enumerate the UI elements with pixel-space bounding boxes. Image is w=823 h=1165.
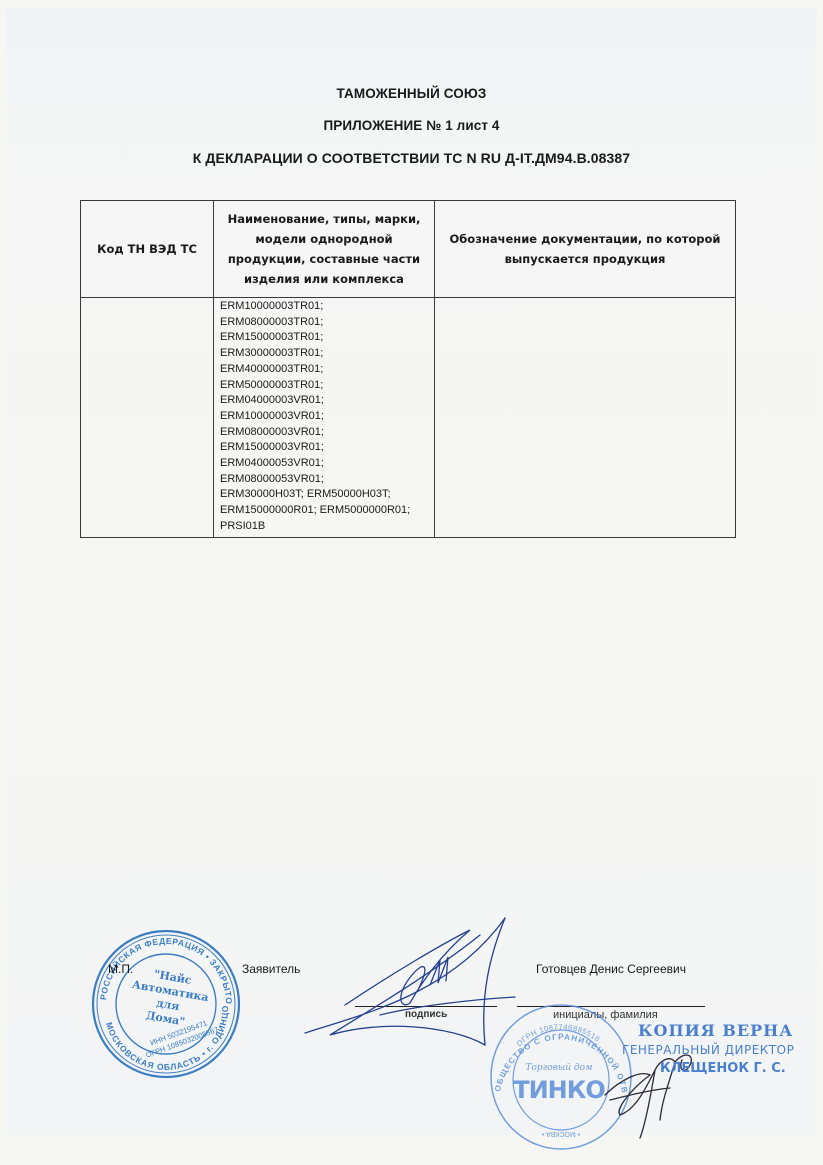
model-entry: ERM15000003TR01; [220, 330, 430, 346]
svg-text:• МОСКВА •: • МОСКВА • [541, 1130, 580, 1137]
table-row: ERM10000003TR01;ERM08000003TR01;ERM15000… [81, 298, 736, 538]
appendix-title: ПРИЛОЖЕНИЕ № 1 лист 4 [0, 118, 823, 133]
column-header-code: Код ТН ВЭД ТС [81, 201, 214, 298]
director-name-stamp: КЛЕЩЕНОК Г. С. [660, 1061, 786, 1076]
column-header-products: Наименование, типы, марки, модели одноро… [214, 201, 435, 298]
model-entry: ERM40000003TR01; [220, 362, 430, 378]
cell-code [81, 298, 214, 538]
model-entry: ERM04000053VR01; [220, 456, 430, 472]
model-entry: ERM15000003VR01; [220, 440, 430, 456]
table-header-row: Код ТН ВЭД ТС Наименование, типы, марки,… [81, 201, 736, 298]
column-header-documentation: Обозначение документации, по которой вып… [435, 201, 736, 298]
model-entry: ERM08000003TR01; [220, 315, 430, 331]
model-entry: ERM08000003VR01; [220, 425, 430, 441]
model-entry: PRSI01B [220, 519, 430, 535]
applicant-label: Заявитель [242, 962, 300, 976]
copy-true-stamp: КОПИЯ ВЕРНА [638, 1021, 793, 1040]
union-title: ТАМОЖЕННЫЙ СОЮЗ [0, 86, 823, 101]
declaration-title: К ДЕКЛАРАЦИИ О СООТВЕТСТВИИ ТС N RU Д-IT… [0, 150, 823, 166]
svg-text:ТИНКО: ТИНКО [513, 1076, 605, 1104]
director-position-stamp: ГЕНЕРАЛЬНЫЙ ДИРЕКТОР [622, 1043, 794, 1057]
cell-documentation [435, 298, 736, 538]
svg-text:Дома": Дома" [145, 1009, 186, 1029]
model-entry: ERM15000000R01; ERM5000000R01; [220, 503, 430, 519]
signer-name: Готовцев Денис Сергеевич [517, 962, 705, 977]
company-seal-stamp-icon: РОССИЙСКАЯ ФЕДЕРАЦИЯ • ЗАКРЫТОЕ АКЦИОНЕР… [90, 928, 242, 1080]
model-entry: ERM30000003TR01; [220, 346, 430, 362]
model-entry: ERM10000003VR01; [220, 409, 430, 425]
model-entry: ERM50000003TR01; [220, 378, 430, 394]
model-entry: ERM04000003VR01; [220, 393, 430, 409]
model-entry: ERM08000053VR01; [220, 472, 430, 488]
seal-place-label: М.П. [108, 962, 133, 976]
model-entry: ERM30000H03T; ERM50000H03T; [220, 487, 430, 503]
svg-text:Торговый дом: Торговый дом [526, 1063, 593, 1073]
cell-models: ERM10000003TR01;ERM08000003TR01;ERM15000… [214, 298, 435, 538]
applicant-signature-icon [300, 915, 520, 1050]
model-entry: ERM10000003TR01; [220, 299, 430, 315]
products-table: Код ТН ВЭД ТС Наименование, типы, марки,… [80, 200, 736, 538]
